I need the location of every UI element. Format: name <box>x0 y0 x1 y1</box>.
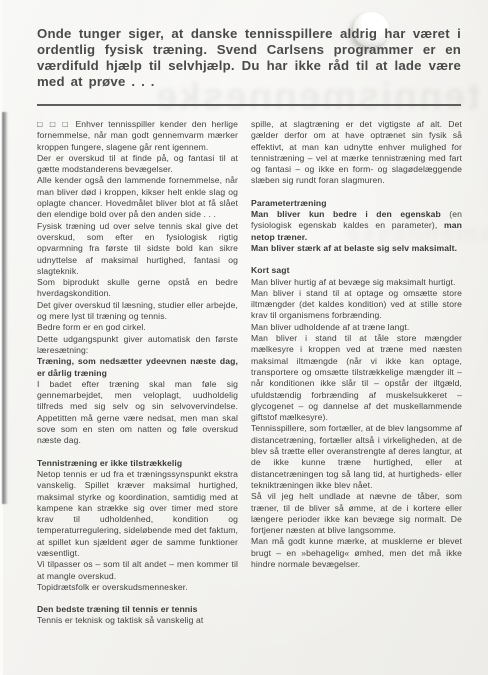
paragraph: spille, at slagtræning er det vigtigste … <box>251 119 462 187</box>
intro-paragraph: Onde tunger siger, at danske tennisspill… <box>37 26 461 90</box>
article-body: □ □ □ Enhver tennisspiller kender den he… <box>37 119 462 627</box>
paragraph: Så vil jeg helt undlade at nævne de tåbe… <box>251 491 462 536</box>
column-right: spille, at slagtræning er det vigtigste … <box>251 119 462 627</box>
paragraph: Vi tilpasser os – som til alt andet – me… <box>37 559 238 582</box>
paragraph: Man bliver stærk af at belaste sig selv … <box>251 243 462 254</box>
paragraph: Bedre form er en god cirkel. <box>37 322 238 333</box>
section-heading: Tennistræning er ikke tilstrækkelig <box>37 458 238 469</box>
paragraph: I badet efter træning skal man føle sig … <box>37 379 238 447</box>
paragraph: Tennisspillere, som fortæller, at de ble… <box>251 423 462 491</box>
paragraph: Man bliver i stand til at optage og omsæ… <box>251 288 462 322</box>
paragraph: Man må godt kunne mærke, at musklerne er… <box>251 536 462 570</box>
page-edge-shadow <box>0 112 8 504</box>
paragraph: Topidrætsfolk er overskudsmennesker. <box>37 582 238 593</box>
paragraph: Træning, som nedsætter ydeevnen næste da… <box>37 356 238 379</box>
paragraph: Netop tennis er ud fra et træningssynspu… <box>37 469 238 559</box>
paragraph: Man bliver kun bedre i den egenskab (en … <box>251 209 462 243</box>
paragraph: Man bliver hurtig af at bevæge sig maksi… <box>251 277 462 288</box>
paragraph: □ □ □ Enhver tennisspiller kender den he… <box>37 119 238 153</box>
section-heading: Den bedste træning til tennis er tennis <box>37 604 238 615</box>
section-heading: Kort sagt <box>251 265 462 276</box>
column-left: □ □ □ Enhver tennisspiller kender den he… <box>37 119 238 627</box>
paragraph: Tennis er teknisk og taktisk så vanskeli… <box>37 615 238 626</box>
paragraph: Der er overskud til at finde på, og fant… <box>37 153 238 176</box>
scanned-magazine-page: tennismenneske tennismenneske Onde tunge… <box>0 0 488 675</box>
divider-rule <box>37 104 461 106</box>
paragraph: Det giver overskud til læsning, studier … <box>37 300 238 323</box>
paragraph: Alle kender også den lammende fornemmels… <box>37 175 238 220</box>
paragraph: Man bliver udholdende af at træne langt. <box>251 322 462 333</box>
paragraph: Dette udgangspunkt giver automatisk den … <box>37 334 238 357</box>
paragraph: Fysisk træning ud over selve tennis skal… <box>37 221 238 277</box>
paragraph: Som biprodukt skulle gerne opstå en bedr… <box>37 277 238 300</box>
paragraph: Man bliver i stand til at tåle store mæn… <box>251 333 462 423</box>
text-run: Man bliver kun bedre i den egenskab <box>251 209 449 219</box>
section-heading: Parametertræning <box>251 198 462 209</box>
